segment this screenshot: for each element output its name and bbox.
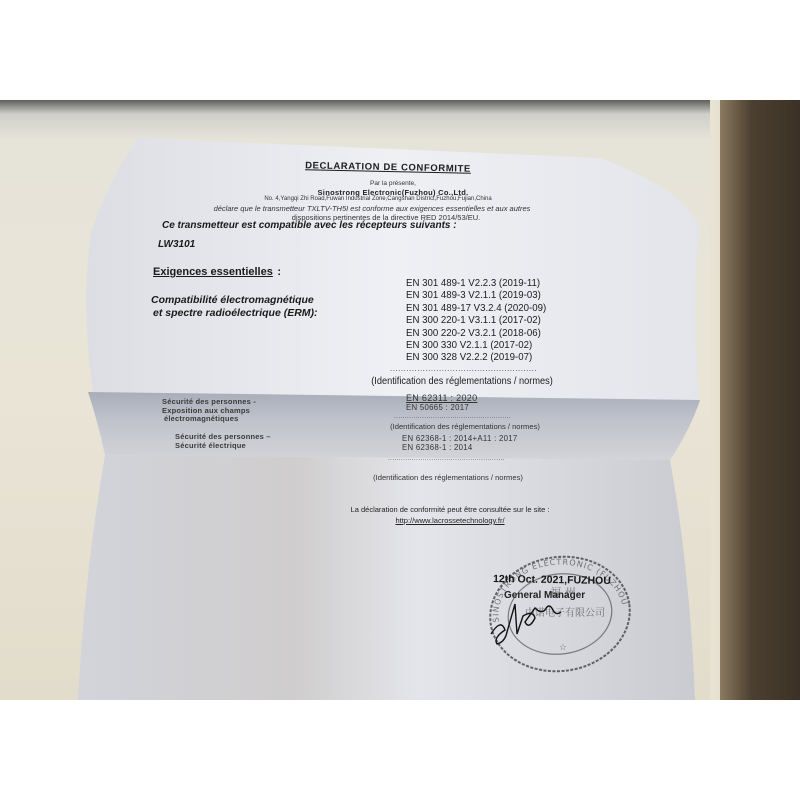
emf-standard: EN 62311 : 2020 — [406, 394, 477, 403]
signature-date: 12th Oct. 2021,FUZHOU — [493, 573, 611, 587]
stamp-star: ☆ — [559, 643, 567, 653]
website-link[interactable]: http://www.lacrossetechnology.fr/ — [395, 516, 504, 525]
declaration-line-1: déclare que le transmetteur TXLTV-TH5I e… — [214, 204, 531, 213]
electrical-standards-list: EN 62368-1 : 2014+A11 : 2017 EN 62368-1 … — [402, 434, 518, 452]
erm-standard: EN 300 330 V2.1.1 (2017-02) — [406, 339, 546, 351]
company-stamp: 福 州 中诺电子有限公司 ☆ SINOSTRONG ELECTRONIC (FU… — [485, 552, 635, 677]
erm-standard: EN 300 220-2 V3.2.1 (2018-06) — [406, 327, 546, 339]
company-address: No. 4,Yangqi Zhi Road,Fuwan Industrial Z… — [264, 196, 491, 202]
document-title: DECLARATION DE CONFORMITE — [305, 160, 471, 174]
identification-caption-1: (Identification des réglementations / no… — [371, 376, 553, 387]
dotted-line-1: ........................................… — [390, 364, 537, 373]
emf-label-line-3: électromagnétiques — [162, 415, 256, 424]
electrical-standard: EN 62368-1 : 2014+A11 : 2017 — [402, 434, 518, 443]
erm-label-line-2: et spectre radioélectrique (ERM): — [151, 307, 318, 320]
dotted-line-2: ........................................… — [394, 414, 511, 420]
signature-role: General Manager — [504, 590, 585, 601]
erm-standard: EN 300 328 V2.2.2 (2019-07) — [406, 351, 546, 363]
requirements-heading: Exigences essentielles — [153, 266, 273, 278]
dotted-line-3: ........................................… — [388, 456, 505, 462]
erm-standard: EN 301 489-1 V2.2.3 (2019-11) — [406, 277, 546, 289]
identification-caption-2: (Identification des réglementations / no… — [390, 422, 540, 431]
erm-standard: EN 300 220-1 V3.1.1 (2017-02) — [406, 314, 546, 326]
electrical-safety-label-line-2: Sécurité électrique — [175, 442, 271, 451]
requirements-heading-row: Exigences essentielles : — [153, 262, 281, 280]
compatibility-heading: Ce transmetteur est compatible avec les … — [162, 220, 457, 231]
intro-text: Par la présente, — [370, 180, 416, 187]
electrical-standard: EN 62368-1 : 2014 — [402, 443, 518, 452]
website-note: La déclaration de conformité peut être c… — [351, 504, 550, 515]
erm-standard: EN 301 489-3 V2.1.1 (2019-03) — [406, 289, 546, 301]
stamp-company-cn: 中诺电子有限公司 — [525, 606, 605, 619]
receiver-model: LW3101 — [158, 239, 195, 250]
erm-standard: EN 301 489-17 V3.2.4 (2020-09) — [406, 302, 546, 314]
identification-caption-3: (Identification des réglementations / no… — [373, 473, 523, 482]
emf-standards-list: EN 62311 : 2020 EN 50665 : 2017 — [406, 394, 477, 412]
erm-label-line-1: Compatibilité électromagnétique — [151, 294, 318, 307]
document-content: DECLARATION DE CONFORMITE Par la présent… — [0, 100, 800, 700]
electrical-safety-label: Sécurité des personnes – Sécurité électr… — [175, 433, 271, 450]
document-photo: DECLARATION DE CONFORMITE Par la présent… — [0, 100, 800, 700]
erm-label: Compatibilité électromagnétique et spect… — [151, 294, 318, 320]
website-section: La déclaration de conformité peut être c… — [351, 504, 550, 526]
emf-label: Sécurité des personnes - Exposition aux … — [162, 398, 256, 424]
erm-standards-list: EN 301 489-1 V2.2.3 (2019-11) EN 301 489… — [406, 277, 546, 364]
requirements-colon: : — [277, 266, 281, 278]
emf-standard: EN 50665 : 2017 — [406, 403, 477, 412]
